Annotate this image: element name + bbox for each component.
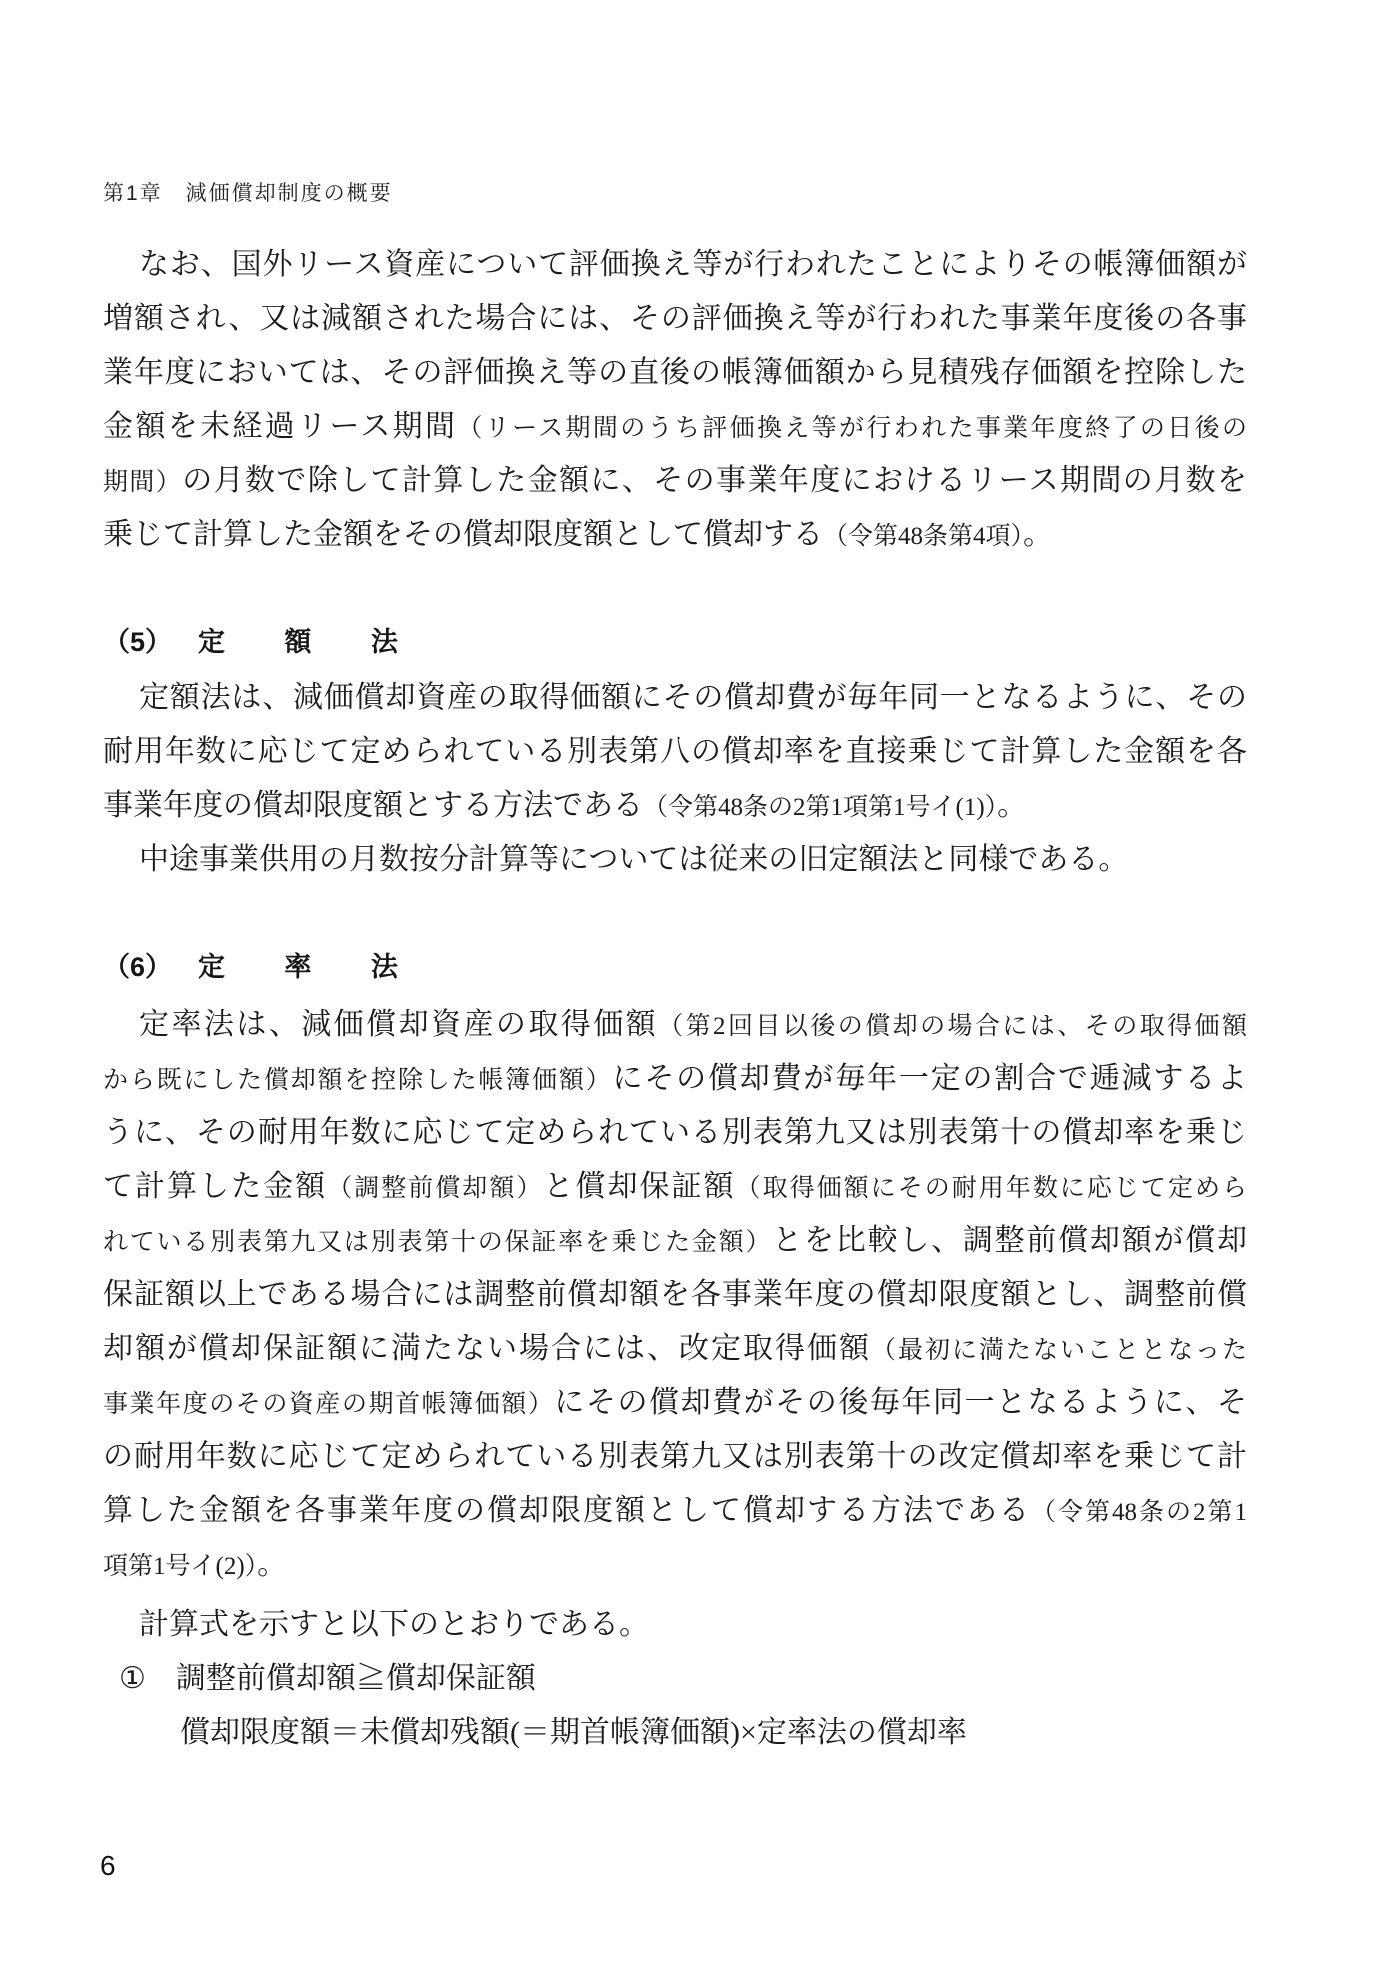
formula-line: 償却限度額＝未償却残額(＝期首帳簿価額)×定率法の償却率 xyxy=(103,1706,1247,1760)
chapter-header: 第1章 減価償却制度の概要 xyxy=(103,180,393,208)
item-number: ① xyxy=(119,1662,146,1695)
text-segment-small: （令第48条の2第1 xyxy=(1031,1499,1247,1526)
text-line: 算した金額を各事業年度の償却限度額として償却する方法である（令第48条の2第1 xyxy=(103,1484,1247,1538)
text-segment-small: （第2回目以後の償却の場合には、その取得価額 xyxy=(658,1013,1247,1040)
text-line: 保証額以上である場合には調整前償却額を各事業年度の償却限度額とし、調整前償 xyxy=(103,1268,1247,1322)
text-line: 耐用年数に応じて定められている別表第八の償却率を直接乗じて計算した金額を各 xyxy=(103,725,1247,779)
page-number: 6 xyxy=(100,1850,116,1882)
text-line: れている別表第九又は別表第十の保証率を乗じた金額）とを比較し、調整前償却額が償却 xyxy=(103,1214,1247,1268)
text-line: 却額が償却保証額に満たない場合には、改定取得価額（最初に満たないこととなった xyxy=(103,1322,1247,1376)
text-line: 事業年度のその資産の期首帳簿価額）にその償却費がその後毎年同一となるように、そ xyxy=(103,1376,1247,1430)
text-segment: うに、その耐用年数に応じて定められている別表第九又は別表第十の償却率を乗じ xyxy=(103,1116,1247,1149)
text-segment: 却額が償却保証額に満たない場合には、改定取得価額 xyxy=(103,1332,871,1365)
text-segment: 事業年度の償却限度額とする方法である xyxy=(103,789,643,822)
text-line: 金額を未経過リース期間（リース期間のうち評価換え等が行われた事業年度終了の日後の xyxy=(103,400,1247,454)
text-line: て計算した金額（調整前償却額）と償却保証額（取得価額にその耐用年数に応じて定めら xyxy=(103,1160,1247,1214)
text-segment: の耐用年数に応じて定められている別表第九又は別表第十の改定償却率を乗じて計 xyxy=(103,1440,1247,1473)
formula-intro-line: 計算式を示すと以下のとおりである。 xyxy=(103,1598,1247,1652)
text-segment: と償却保証額 xyxy=(543,1170,735,1203)
formula-condition-line: ①調整前償却額≧償却保証額 xyxy=(103,1652,1247,1706)
text-segment: にその償却費がその後毎年同一となるように、そ xyxy=(554,1386,1247,1419)
text-segment-small: 事業年度のその資産の期首帳簿価額） xyxy=(103,1391,554,1418)
text-segment: 保証額以上である場合には調整前償却額を各事業年度の償却限度額とし、調整前償 xyxy=(103,1278,1247,1311)
text-segment: にその償却費が毎年一定の割合で逓減するよ xyxy=(613,1062,1248,1095)
text-segment-small: （令第48条の2第1項第1号イ(1)） xyxy=(643,794,997,821)
text-segment-small: （令第48条第4項） xyxy=(823,523,1023,550)
section5-paragraph: 定額法は、減価償却資産の取得価額にその償却費が毎年同一となるように、その耐用年数… xyxy=(103,671,1247,887)
text-segment: 中途事業供用の月数按分計算等については従来の旧定額法と同様である。 xyxy=(139,843,1128,876)
text-line: 業年度においては、その評価換え等の直後の帳簿価額から見積残存価額を控除した xyxy=(103,346,1247,400)
text-line: 事業年度の償却限度額とする方法である（令第48条の2第1項第1号イ(1)）。 xyxy=(103,779,1247,833)
text-segment: 金額を未経過リース期間 xyxy=(103,410,457,443)
section5-heading: （5）定額法 xyxy=(103,622,457,662)
text-line: 定率法は、減価償却資産の取得価額（第2回目以後の償却の場合には、その取得価額 xyxy=(103,998,1247,1052)
formula-text: 償却限度額＝未償却残額(＝期首帳簿価額)×定率法の償却率 xyxy=(180,1716,967,1749)
text-segment: 耐用年数に応じて定められている別表第八の償却率を直接乗じて計算した金額を各 xyxy=(103,735,1247,768)
condition-text: 調整前償却額≧償却保証額 xyxy=(176,1662,536,1695)
text-segment: 。 xyxy=(1023,518,1053,551)
text-line: 期間）の月数で除して計算した金額に、その事業年度におけるリース期間の月数を xyxy=(103,454,1247,508)
text-line: の耐用年数に応じて定められている別表第九又は別表第十の改定償却率を乗じて計 xyxy=(103,1430,1247,1484)
text-line: 増額され、又は減額された場合には、その評価換え等が行われた事業年度後の各事 xyxy=(103,292,1247,346)
section5-number: （5） xyxy=(103,627,172,657)
text-segment: 定額法は、減価償却資産の取得価額にその償却費が毎年同一となるように、その xyxy=(139,681,1247,714)
text-segment: とを比較し、調整前償却額が償却 xyxy=(772,1224,1247,1257)
text-segment: 。 xyxy=(257,1548,287,1581)
text-line: 中途事業供用の月数按分計算等については従来の旧定額法と同様である。 xyxy=(103,833,1247,887)
text-segment-small: 期間） xyxy=(103,469,182,496)
text-segment-small: （最初に満たないこととなった xyxy=(871,1337,1247,1364)
text-segment: なお、国外リース資産について評価換え等が行われたことによりその帳簿価額が xyxy=(139,248,1247,281)
document-page: 第1章 減価償却制度の概要 なお、国外リース資産について評価換え等が行われたこと… xyxy=(0,0,1400,1986)
text-segment-small: （リース期間のうち評価換え等が行われた事業年度終了の日後の xyxy=(457,415,1247,442)
text-segment: 。 xyxy=(997,789,1027,822)
section6-number: （6） xyxy=(103,952,172,982)
text-line: から既にした償却額を控除した帳簿価額）にその償却費が毎年一定の割合で逓減するよ xyxy=(103,1052,1247,1106)
formula-intro-text: 計算式を示すと以下のとおりである。 xyxy=(139,1608,649,1641)
section6-heading: （6）定率法 xyxy=(103,947,457,987)
text-segment-small: （取得価額にその耐用年数に応じて定めら xyxy=(736,1175,1247,1202)
section6-title: 定率法 xyxy=(198,952,457,982)
text-segment-small: れている別表第九又は別表第十の保証率を乗じた金額） xyxy=(103,1229,772,1256)
intro-paragraph: なお、国外リース資産について評価換え等が行われたことによりその帳簿価額が増額され… xyxy=(103,238,1247,562)
text-line: なお、国外リース資産について評価換え等が行われたことによりその帳簿価額が xyxy=(103,238,1247,292)
text-segment: て計算した金額 xyxy=(103,1170,327,1203)
text-segment: 定率法は、減価償却資産の取得価額 xyxy=(139,1008,658,1041)
section6-paragraph: 定率法は、減価償却資産の取得価額（第2回目以後の償却の場合には、その取得価額から… xyxy=(103,998,1247,1592)
text-segment-small: 項第1号イ(2)） xyxy=(103,1553,257,1580)
text-segment: の月数で除して計算した金額に、その事業年度におけるリース期間の月数を xyxy=(182,464,1247,497)
text-line: 定額法は、減価償却資産の取得価額にその償却費が毎年同一となるように、その xyxy=(103,671,1247,725)
text-segment: 業年度においては、その評価換え等の直後の帳簿価額から見積残存価額を控除した xyxy=(103,356,1247,389)
text-line: うに、その耐用年数に応じて定められている別表第九又は別表第十の償却率を乗じ xyxy=(103,1106,1247,1160)
text-segment: 算した金額を各事業年度の償却限度額として償却する方法である xyxy=(103,1494,1031,1527)
text-segment-small: （調整前償却額） xyxy=(327,1175,543,1202)
section5-title: 定額法 xyxy=(198,627,457,657)
text-segment-small: から既にした償却額を控除した帳簿価額） xyxy=(103,1067,613,1094)
text-line: 項第1号イ(2)）。 xyxy=(103,1538,1247,1592)
text-segment: 乗じて計算した金額をその償却限度額として償却する xyxy=(103,518,823,551)
text-line: 乗じて計算した金額をその償却限度額として償却する（令第48条第4項）。 xyxy=(103,508,1247,562)
text-segment: 増額され、又は減額された場合には、その評価換え等が行われた事業年度後の各事 xyxy=(103,302,1247,335)
formula-block: 計算式を示すと以下のとおりである。 ①調整前償却額≧償却保証額 償却限度額＝未償… xyxy=(103,1598,1247,1760)
